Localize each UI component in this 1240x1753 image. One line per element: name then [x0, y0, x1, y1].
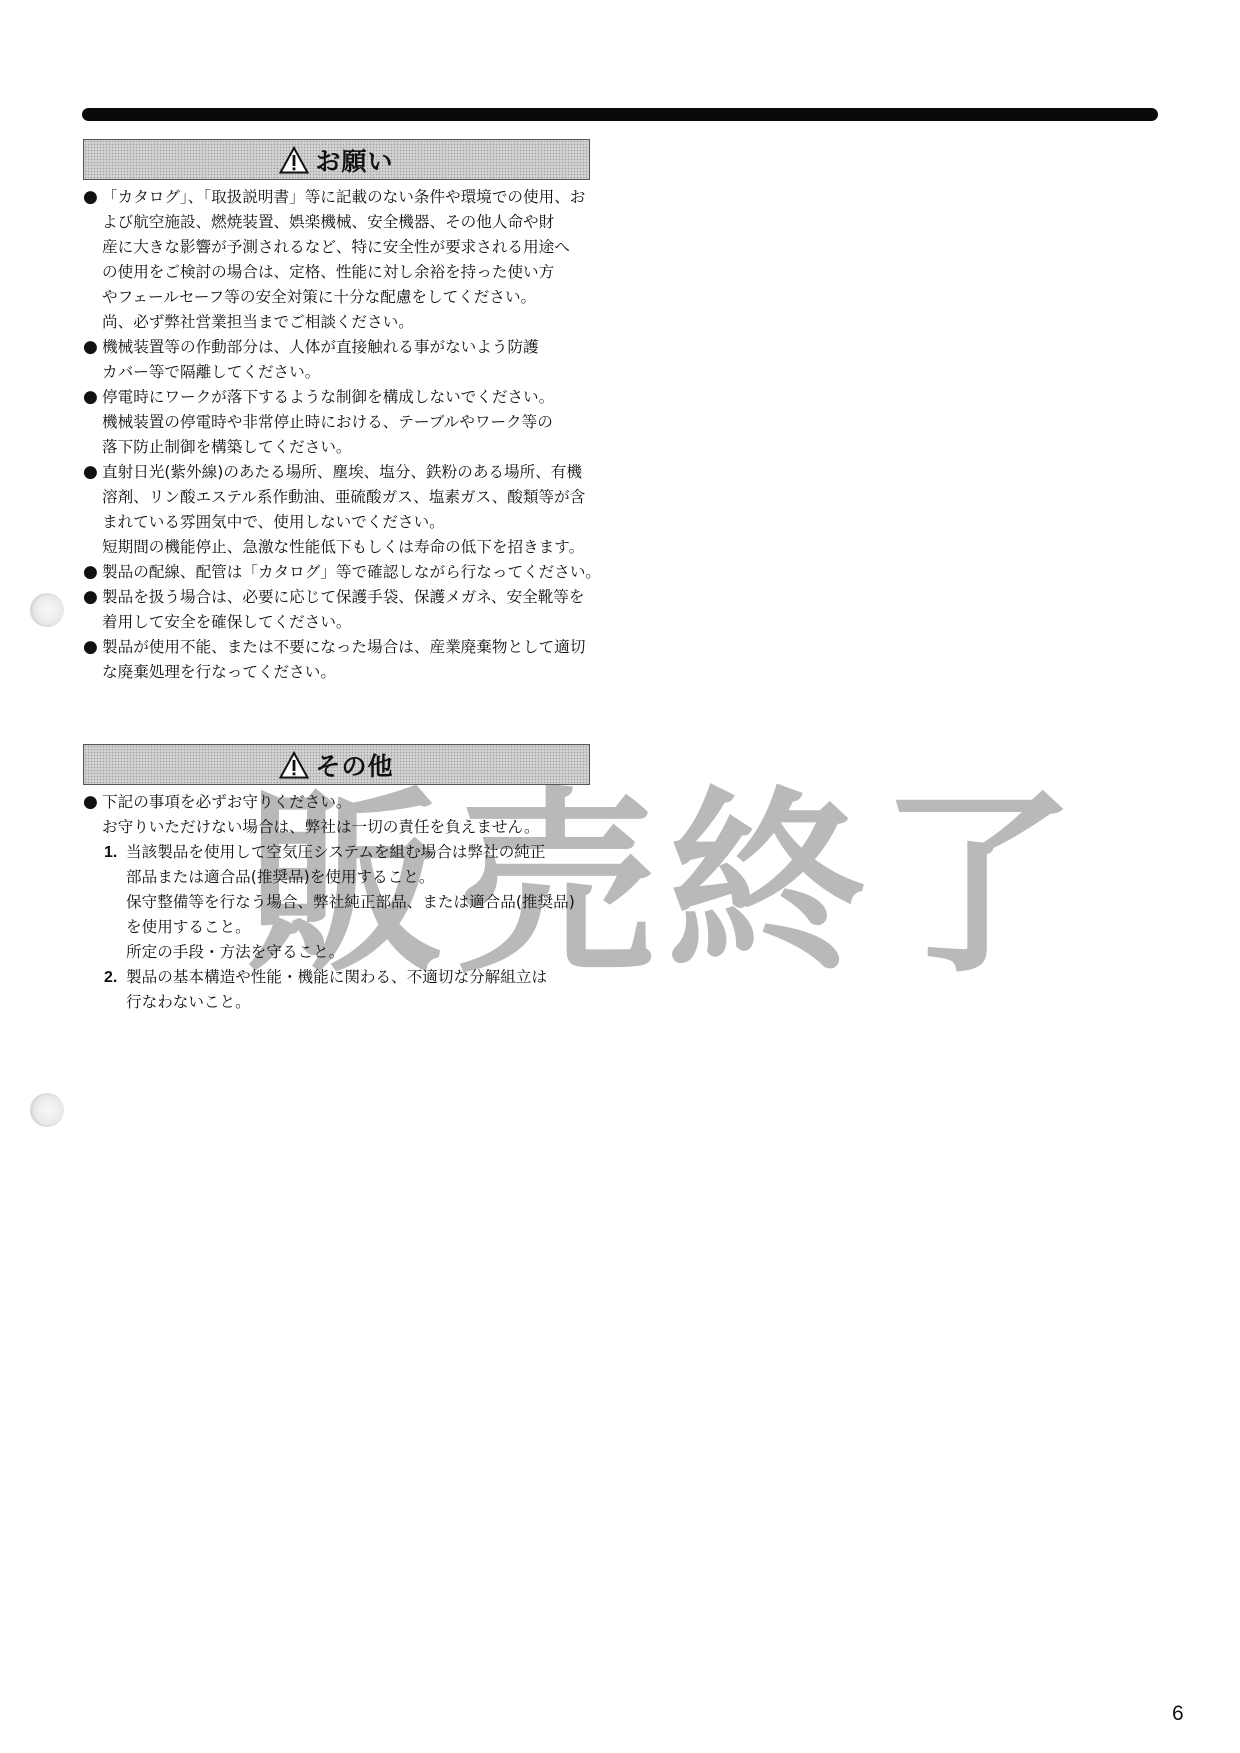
- watermark-char: 終: [667, 786, 865, 984]
- warning-triangle-icon: [279, 751, 309, 779]
- item-text-line: 製品を扱う場合は、必要に応じて保護手袋、保護メガネ、安全靴等を: [102, 585, 603, 610]
- request-section-content: ● 「カタログ」、「取扱説明書」等に記載のない条件や環境での使用、お よび航空施…: [83, 185, 603, 685]
- section-header-other: その他: [83, 744, 590, 785]
- bullet-icon: ●: [83, 790, 98, 815]
- list-item: ● 製品が使用不能、または不要になった場合は、産業廃棄物として適切 な廃棄処理を…: [83, 635, 603, 685]
- bullet-icon: ●: [83, 460, 98, 485]
- item-text-line: 停電時にワークが落下するような制御を構成しないでください。: [102, 385, 603, 410]
- item-text-line: 直射日光(紫外線)のあたる場所、塵埃、塩分、鉄粉のある場所、有機: [102, 460, 603, 485]
- punch-hole-bottom: [30, 1093, 64, 1127]
- list-item: ● 製品を扱う場合は、必要に応じて保護手袋、保護メガネ、安全靴等を 着用して安全…: [83, 585, 603, 635]
- bullet-icon: ●: [83, 635, 98, 660]
- item-text-line: 所定の手段・方法を守ること。: [126, 940, 603, 965]
- item-text-line: 「カタログ」、「取扱説明書」等に記載のない条件や環境での使用、お: [102, 185, 603, 210]
- item-text-line: まれている雰囲気中で、使用しないでください。: [102, 510, 603, 535]
- numbered-item: 1. 当該製品を使用して空気圧システムを組む場合は弊社の純正 部品または適合品(…: [83, 840, 603, 965]
- item-text-line: 下記の事項を必ずお守りください。: [102, 790, 603, 815]
- punch-hole-top: [30, 593, 64, 627]
- item-text-line: 着用して安全を確保してください。: [102, 610, 603, 635]
- page-number: 6: [1172, 1702, 1184, 1726]
- section-title: その他: [315, 747, 393, 783]
- item-text-line: 落下防止制御を構築してください。: [102, 435, 603, 460]
- list-item: ● 直射日光(紫外線)のあたる場所、塵埃、塩分、鉄粉のある場所、有機 溶剤、リン…: [83, 460, 603, 560]
- section-header-request: お願い: [83, 139, 590, 180]
- item-text-line: 当該製品を使用して空気圧システムを組む場合は弊社の純正: [126, 840, 603, 865]
- item-text-line: お守りいただけない場合は、弊社は一切の責任を負えません。: [102, 815, 603, 840]
- item-text-line: 産に大きな影響が予測されるなど、特に安全性が要求される用途へ: [102, 235, 603, 260]
- numbered-item: 2. 製品の基本構造や性能・機能に関わる、不適切な分解組立は 行なわないこと。: [83, 965, 603, 1015]
- item-text-line: を使用すること。: [126, 915, 603, 940]
- item-text-line: 溶剤、リン酸エステル系作動油、亜硫酸ガス、塩素ガス、酸類等が含: [102, 485, 603, 510]
- item-number: 1.: [104, 840, 117, 865]
- other-section-content: ● 下記の事項を必ずお守りください。 お守りいただけない場合は、弊社は一切の責任…: [83, 790, 603, 1015]
- list-item: ● 「カタログ」、「取扱説明書」等に記載のない条件や環境での使用、お よび航空施…: [83, 185, 603, 335]
- bullet-icon: ●: [83, 335, 98, 360]
- item-text-line: 短期間の機能停止、急激な性能低下もしくは寿命の低下を招きます。: [102, 535, 603, 560]
- item-text-line: カバー等で隔離してください。: [102, 360, 603, 385]
- list-item: ● 製品の配線、配管は「カタログ」等で確認しながら行なってください。: [83, 560, 603, 585]
- bullet-icon: ●: [83, 385, 98, 410]
- item-text-line: 製品の基本構造や性能・機能に関わる、不適切な分解組立は: [126, 965, 603, 990]
- list-item: ● 停電時にワークが落下するような制御を構成しないでください。 機械装置の停電時…: [83, 385, 603, 460]
- list-item: ● 下記の事項を必ずお守りください。 お守りいただけない場合は、弊社は一切の責任…: [83, 790, 603, 840]
- bullet-icon: ●: [83, 185, 98, 210]
- item-text-line: 製品が使用不能、または不要になった場合は、産業廃棄物として適切: [102, 635, 603, 660]
- warning-triangle-icon: [279, 146, 309, 174]
- list-item: ● 機械装置等の作動部分は、人体が直接触れる事がないよう防護 カバー等で隔離して…: [83, 335, 603, 385]
- item-text-line: 保守整備等を行なう場合、弊社純正部品、または適合品(推奨品): [126, 890, 603, 915]
- item-text-line: 製品の配線、配管は「カタログ」等で確認しながら行なってください。: [102, 560, 603, 585]
- item-text-line: 部品または適合品(推奨品)を使用すること。: [126, 865, 603, 890]
- item-text-line: の使用をご検討の場合は、定格、性能に対し余裕を持った使い方: [102, 260, 603, 285]
- top-rule-divider: [82, 108, 1158, 121]
- item-text-line: よび航空施設、燃焼装置、娯楽機械、安全機器、その他人命や財: [102, 210, 603, 235]
- bullet-icon: ●: [83, 585, 98, 610]
- item-text-line: 尚、必ず弊社営業担当までご相談ください。: [102, 310, 603, 335]
- watermark-char: 了: [878, 786, 1076, 984]
- item-text-line: 機械装置等の作動部分は、人体が直接触れる事がないよう防護: [102, 335, 603, 360]
- item-text-line: 行なわないこと。: [126, 990, 603, 1015]
- section-title: お願い: [315, 142, 393, 178]
- item-text-line: 機械装置の停電時や非常停止時における、テーブルやワーク等の: [102, 410, 603, 435]
- bullet-icon: ●: [83, 560, 98, 585]
- item-text-line: やフェールセーフ等の安全対策に十分な配慮をしてください。: [102, 285, 603, 310]
- item-number: 2.: [104, 965, 117, 990]
- item-text-line: な廃棄処理を行なってください。: [102, 660, 603, 685]
